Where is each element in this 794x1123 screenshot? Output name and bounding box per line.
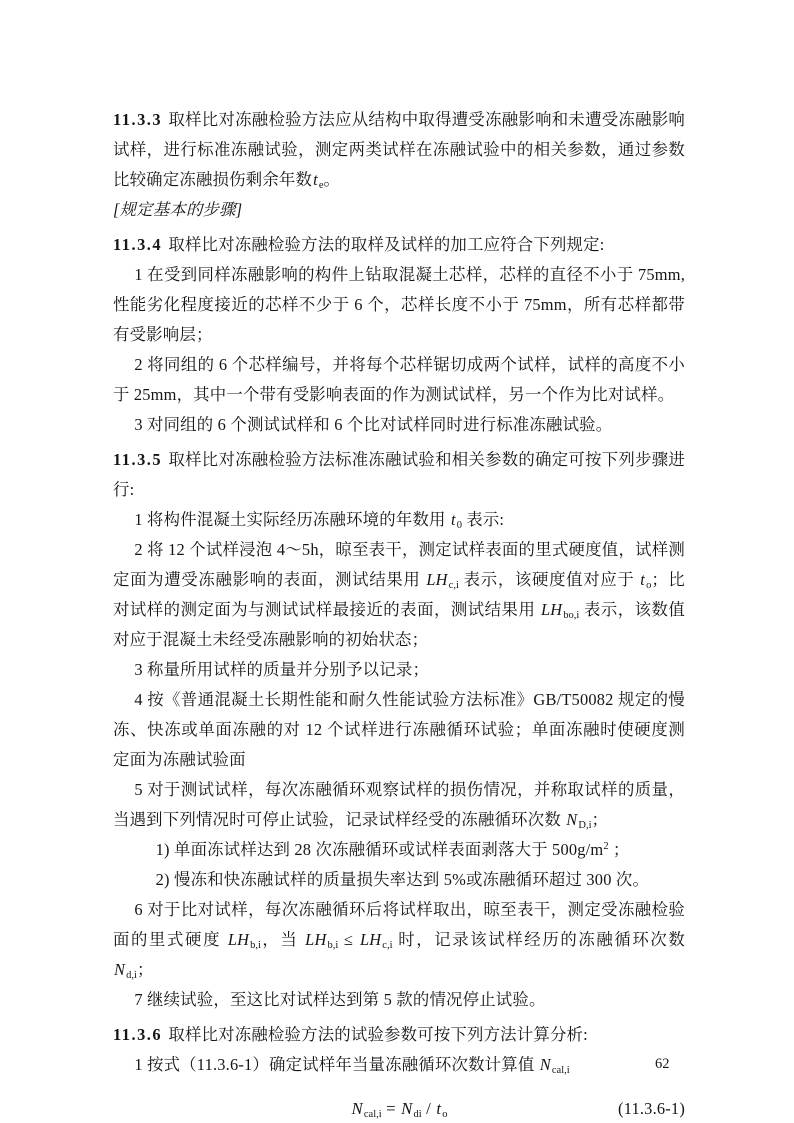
math-superscript: 2 bbox=[603, 841, 608, 852]
item-11-3-6-1: 1 按式（11.3.6-1）确定试样年当量冻融循环次数计算值 Ncal,i bbox=[113, 1050, 685, 1080]
document-body: 11.3.3 取样比对冻融检验方法应从结构中取得遭受冻融影响和未遭受冻融影响试样… bbox=[113, 100, 685, 1123]
math-subscript: di bbox=[414, 1109, 422, 1120]
clause-number: 11.3.5 bbox=[113, 450, 164, 469]
math-variable: LH bbox=[304, 930, 327, 949]
math-subscript: bo,i bbox=[563, 610, 579, 621]
item-11-3-4-3: 3 对同组的 6 个测试试样和 6 个比对试样同时进行标准冻融试验。 bbox=[113, 410, 685, 440]
subitem-11-3-5-5-1: 1) 单面冻试样达到 28 次冻融循环或试样表面剥落大于 500g/m2 ； bbox=[113, 835, 685, 865]
item-11-3-4-1: 1 在受到同样冻融影响的构件上钻取混凝土芯样，芯样的直径不小于 75mm,性能劣… bbox=[113, 260, 685, 350]
clause-number: 11.3.6 bbox=[113, 1025, 164, 1044]
math-variable: N bbox=[565, 810, 578, 829]
math-variable: LH bbox=[227, 930, 250, 949]
math-variable: N bbox=[539, 1055, 552, 1074]
formula-expression: Ncal,i = Ndi / to bbox=[350, 1094, 447, 1123]
math-subscript: o bbox=[442, 1109, 447, 1120]
math-variable: N bbox=[400, 1099, 413, 1118]
clause-11-3-6: 11.3.6 取样比对冻融检验方法的试验参数可按下列方法计算分析: bbox=[113, 1020, 685, 1050]
equation-11-3-6-1: Ncal,i = Ndi / to(11.3.6-1) bbox=[113, 1094, 685, 1123]
item-11-3-5-2: 2 将 12 个试样浸泡 4～5h，晾至表干，测定试样表面的里式硬度值，试样测定… bbox=[113, 535, 685, 655]
equation-number: (11.3.6-1) bbox=[618, 1094, 685, 1123]
item-11-3-4-2: 2 将同组的 6 个芯样编号，并将每个芯样锯切成两个试样，试样的高度不小于 25… bbox=[113, 350, 685, 410]
math-subscript: b,i bbox=[328, 940, 339, 951]
clause-number: 11.3.4 bbox=[113, 235, 164, 254]
item-11-3-5-6: 6 对于比对试样，每次冻融循环后将试样取出，晾至表干，测定受冻融检验面的里式硬度… bbox=[113, 895, 685, 985]
math-variable: LH bbox=[540, 600, 563, 619]
clause-11-3-5: 11.3.5 取样比对冻融检验方法标准冻融试验和相关参数的确定可按下列步骤进行: bbox=[113, 445, 685, 505]
math-subscript: d,i bbox=[126, 970, 137, 981]
item-11-3-5-7: 7 继续试验，至这比对试样达到第 5 款的情况停止试验。 bbox=[113, 985, 685, 1015]
clause-number: 11.3.3 bbox=[113, 110, 164, 129]
math-variable: N bbox=[113, 960, 126, 979]
math-subscript: cal,i bbox=[552, 1065, 570, 1076]
note-basic-steps: [规定基本的步骤] bbox=[113, 195, 685, 225]
clause-11-3-3: 11.3.3 取样比对冻融检验方法应从结构中取得遭受冻融影响和未遭受冻融影响试样… bbox=[113, 105, 685, 195]
math-subscript: D,i bbox=[578, 820, 591, 831]
math-variable: t bbox=[450, 510, 457, 529]
item-11-3-5-1: 1 将构件混凝土实际经历冻融环境的年数用 t0 表示: bbox=[113, 505, 685, 535]
math-subscript: c,i bbox=[449, 580, 459, 591]
subitem-11-3-5-5-2: 2) 慢冻和快冻融试样的质量损失率达到 5%或冻融循环超过 300 次。 bbox=[113, 865, 685, 895]
math-subscript: b,i bbox=[250, 940, 261, 951]
math-subscript: cal,i bbox=[364, 1109, 382, 1120]
math-variable: LH bbox=[359, 930, 382, 949]
math-subscript: o bbox=[646, 580, 651, 591]
math-subscript: c,i bbox=[382, 940, 392, 951]
math-subscript: 0 bbox=[457, 520, 462, 531]
item-11-3-5-4: 4 按《普通混凝土长期性能和耐久性能试验方法标准》GB/T50082 规定的慢冻… bbox=[113, 685, 685, 775]
document-page: 11.3.3 取样比对冻融检验方法应从结构中取得遭受冻融影响和未遭受冻融影响试样… bbox=[0, 0, 794, 1123]
math-subscript: e bbox=[319, 180, 324, 191]
math-variable: N bbox=[350, 1099, 363, 1118]
page-number: 62 bbox=[655, 1056, 670, 1073]
math-variable: t bbox=[312, 170, 319, 189]
math-variable: LH bbox=[425, 570, 448, 589]
item-11-3-5-3: 3 称量所用试样的质量并分别予以记录； bbox=[113, 655, 685, 685]
clause-11-3-4: 11.3.4 取样比对冻融检验方法的取样及试样的加工应符合下列规定: bbox=[113, 230, 685, 260]
item-11-3-5-5: 5 对于测试试样，每次冻融循环观察试样的损伤情况，并称取试样的质量，当遇到下列情… bbox=[113, 775, 685, 835]
